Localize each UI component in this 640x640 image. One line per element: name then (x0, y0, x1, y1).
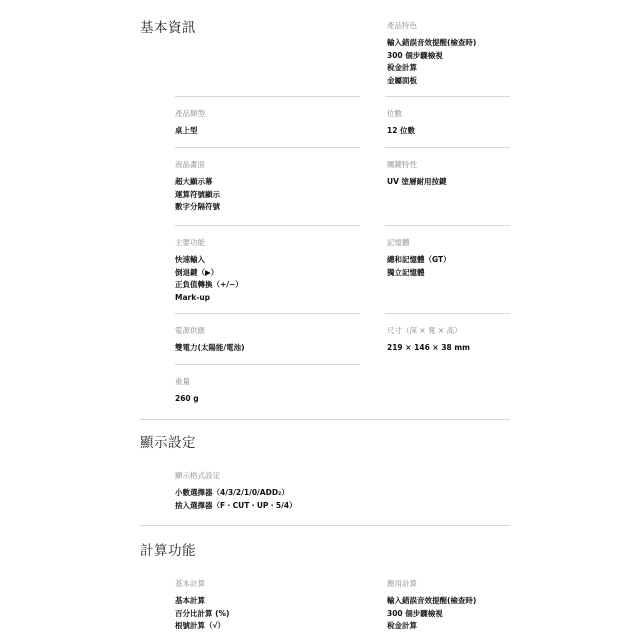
spec-dimensions: 尺寸（深 × 寬 × 高） 219 × 146 × 38 mm (387, 325, 470, 355)
divider (385, 147, 510, 148)
spec-value: 輸入錯誤音效提醒(檢查時) (387, 37, 476, 50)
spec-product-type: 產品類型 桌上型 (175, 108, 205, 138)
spec-value: 基本計算 (175, 595, 229, 608)
spec-label: 顯示格式設定 (175, 470, 297, 481)
spec-values: 219 × 146 × 38 mm (387, 342, 470, 355)
spec-value: 數字分隔符號 (175, 201, 220, 214)
divider (175, 364, 360, 365)
spec-values: 基本計算 百分比計算 (%) 根號計算（√） (175, 595, 229, 633)
divider (175, 313, 360, 314)
divider (175, 147, 360, 148)
spec-power-supply: 電源供應 雙電力(太陽能/電池) (175, 325, 245, 355)
divider (385, 96, 510, 97)
spec-label: 重量 (175, 376, 199, 387)
spec-value: 獨立記憶體 (387, 267, 451, 280)
spec-display-format: 顯示格式設定 小數選擇器（4/3/2/1/0/ADD₂） 捨入選擇器（F・CUT… (175, 470, 297, 512)
section-title-display-settings: 顯示設定 (140, 431, 196, 451)
divider (175, 225, 360, 226)
spec-value: 運算符號顯示 (175, 189, 220, 202)
spec-lcd-display: 液晶畫面 超大顯示幕 運算符號顯示 數字分隔符號 (175, 159, 220, 214)
section-divider (140, 525, 510, 526)
spec-weight: 重量 260 g (175, 376, 199, 406)
spec-value: 輸入錯誤音效提醒(檢查時) (387, 595, 476, 608)
spec-value: 金屬面板 (387, 75, 476, 88)
spec-label: 產品特色 (387, 20, 476, 31)
spec-value: 快速輸入 (175, 254, 243, 267)
spec-value: 超大顯示幕 (175, 176, 220, 189)
spec-value: 捨入選擇器（F・CUT・UP・5/4） (175, 500, 297, 513)
spec-values: 12 位數 (387, 125, 415, 138)
spec-product-features: 產品特色 輸入錯誤音效提醒(檢查時) 300 個步驟檢視 稅金計算 金屬面板 (387, 20, 476, 87)
spec-key-features: 關鍵特性 UV 塗層耐用按鍵 (387, 159, 447, 189)
spec-value: 正負值轉換（+/−） (175, 279, 243, 292)
divider (385, 313, 510, 314)
spec-values: 雙電力(太陽能/電池) (175, 342, 245, 355)
spec-value: 300 個步驟檢視 (387, 608, 476, 621)
spec-value: 300 個步驟檢視 (387, 50, 476, 63)
spec-value: 總和記憶體（GT） (387, 254, 451, 267)
spec-label: 主要功能 (175, 237, 243, 248)
spec-values: 總和記憶體（GT） 獨立記憶體 (387, 254, 451, 279)
spec-value: 12 位數 (387, 125, 415, 138)
spec-values: 輸入錯誤音效提醒(檢查時) 300 個步驟檢視 稅金計算 金屬面板 (387, 37, 476, 87)
spec-value: 根號計算（√） (175, 620, 229, 633)
spec-label: 電源供應 (175, 325, 245, 336)
spec-values: 桌上型 (175, 125, 205, 138)
spec-label: 關鍵特性 (387, 159, 447, 170)
spec-value: 219 × 146 × 38 mm (387, 342, 470, 355)
spec-value: 稅金計算 (387, 62, 476, 75)
spec-value: 小數選擇器（4/3/2/1/0/ADD₂） (175, 487, 297, 500)
spec-label: 產品類型 (175, 108, 205, 119)
divider (385, 225, 510, 226)
spec-value: 260 g (175, 393, 199, 406)
spec-label: 位數 (387, 108, 415, 119)
spec-values: UV 塗層耐用按鍵 (387, 176, 447, 189)
spec-values: 小數選擇器（4/3/2/1/0/ADD₂） 捨入選擇器（F・CUT・UP・5/4… (175, 487, 297, 512)
spec-digits: 位數 12 位數 (387, 108, 415, 138)
spec-values: 輸入錯誤音效提醒(檢查時) 300 個步驟檢視 稅金計算 (387, 595, 476, 633)
spec-values: 260 g (175, 393, 199, 406)
spec-values: 快速輸入 倒退鍵（▶） 正負值轉換（+/−） Mark-up (175, 254, 243, 304)
spec-label: 尺寸（深 × 寬 × 高） (387, 325, 470, 336)
spec-basic-calculation: 基本計算 基本計算 百分比計算 (%) 根號計算（√） (175, 578, 229, 633)
spec-label: 記憶體 (387, 237, 451, 248)
section-title-basic-info: 基本資訊 (140, 16, 196, 36)
spec-values: 超大顯示幕 運算符號顯示 數字分隔符號 (175, 176, 220, 214)
divider (175, 96, 360, 97)
section-title-calculation-functions: 計算功能 (140, 539, 196, 559)
spec-label: 基本計算 (175, 578, 229, 589)
spec-main-functions: 主要功能 快速輸入 倒退鍵（▶） 正負值轉換（+/−） Mark-up (175, 237, 243, 304)
section-divider (140, 419, 510, 420)
spec-value: 倒退鍵（▶） (175, 267, 243, 280)
spec-value: 百分比計算 (%) (175, 608, 229, 621)
spec-value: UV 塗層耐用按鍵 (387, 176, 447, 189)
spec-value: 桌上型 (175, 125, 205, 138)
spec-label: 液晶畫面 (175, 159, 220, 170)
spec-memory: 記憶體 總和記憶體（GT） 獨立記憶體 (387, 237, 451, 279)
spec-applied-calculation: 應用計算 輸入錯誤音效提醒(檢查時) 300 個步驟檢視 稅金計算 (387, 578, 476, 633)
spec-label: 應用計算 (387, 578, 476, 589)
spec-value: 稅金計算 (387, 620, 476, 633)
spec-value: 雙電力(太陽能/電池) (175, 342, 245, 355)
spec-value: Mark-up (175, 292, 243, 305)
